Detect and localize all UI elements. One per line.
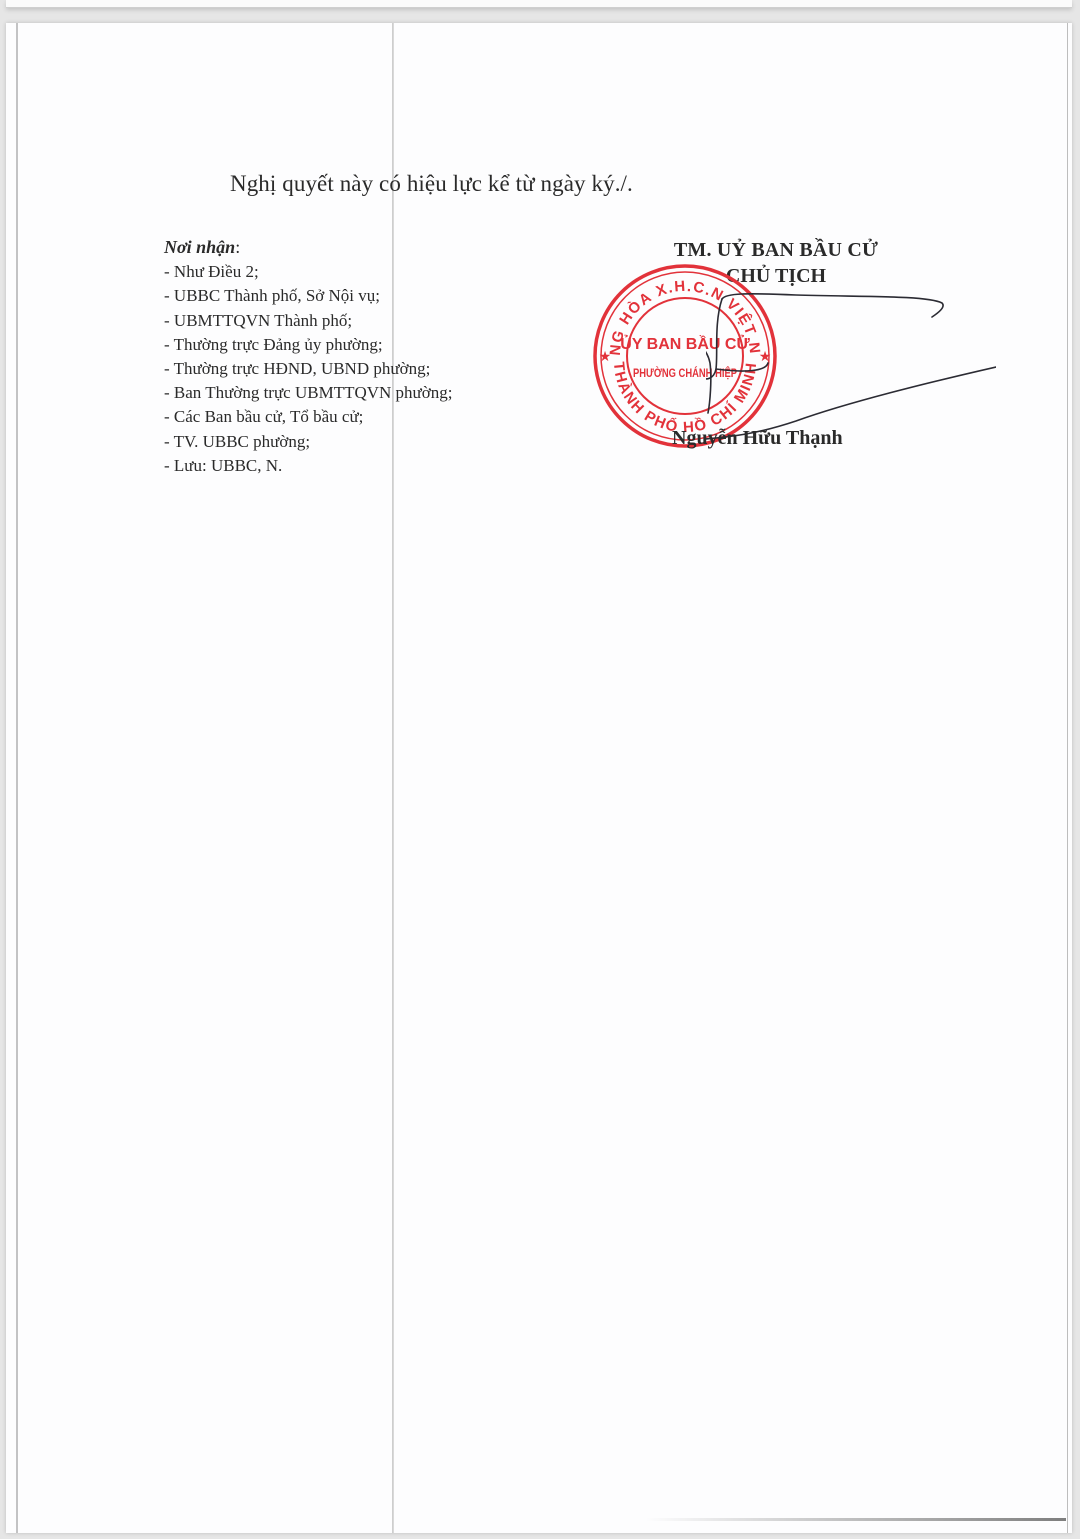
recipient-item: - Thường trực Đảng ủy phường; xyxy=(164,333,452,357)
recipient-item: - TV. UBBC phường; xyxy=(164,430,452,454)
signing-organization: TM. UỶ BAN BẦU CỬ xyxy=(606,237,946,263)
recipient-item: - Ban Thường trực UBMTTQVN phường; xyxy=(164,381,452,405)
page-left-edge xyxy=(16,23,18,1533)
recipients-list: - Như Điều 2; - UBBC Thành phố, Sở Nội v… xyxy=(164,260,452,478)
recipient-item: - Như Điều 2; xyxy=(164,260,452,284)
document-page: Nghị quyết này có hiệu lực kể từ ngày ký… xyxy=(6,23,1072,1533)
previous-page-edge xyxy=(6,0,1072,8)
recipient-item: - UBMTTQVN Thành phố; xyxy=(164,309,452,333)
recipients-section: Nơi nhận: - Như Điều 2; - UBBC Thành phố… xyxy=(164,235,452,478)
svg-text:★: ★ xyxy=(599,348,612,364)
recipient-item: - Các Ban bầu cử, Tổ bầu cử; xyxy=(164,405,452,429)
recipient-item: - Thường trực HĐND, UBND phường; xyxy=(164,357,452,381)
recipients-heading: Nơi nhận: xyxy=(164,235,452,260)
recipients-title: Nơi nhận xyxy=(164,237,235,257)
recipients-title-colon: : xyxy=(235,237,240,257)
recipient-item: - Lưu: UBBC, N. xyxy=(164,454,452,478)
recipient-item: - UBBC Thành phố, Sở Nội vụ; xyxy=(164,284,452,308)
signer-name: Nguyễn Hữu Thạnh xyxy=(672,427,843,450)
page-right-edge xyxy=(1067,23,1068,1533)
page-bottom-shadow xyxy=(646,1518,1066,1521)
closing-sentence: Nghị quyết này có hiệu lực kể từ ngày ký… xyxy=(230,171,633,197)
